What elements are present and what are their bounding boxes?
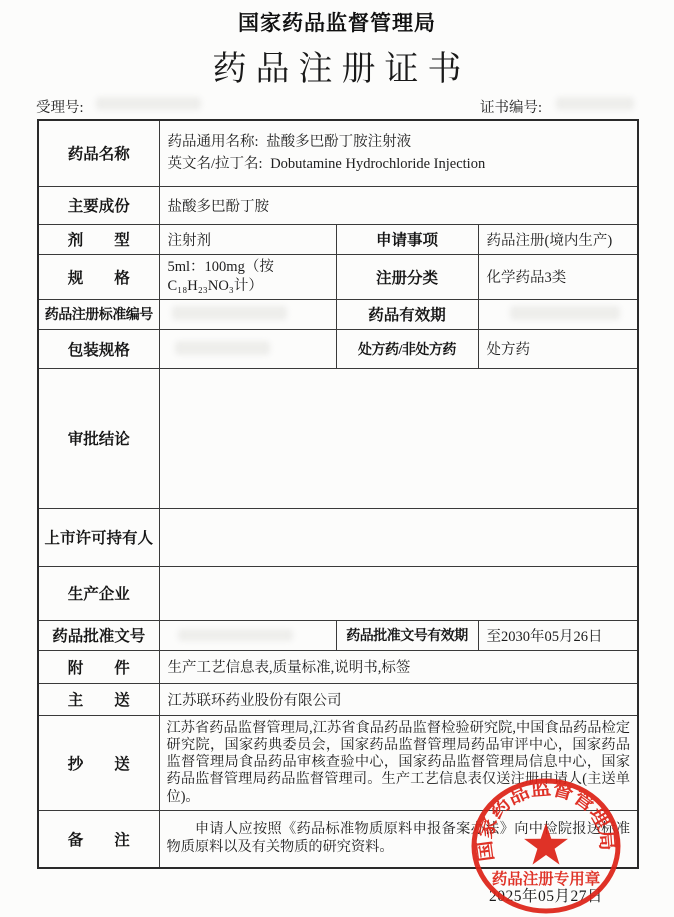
application-item-value: 药品注册(境内生产) (478, 224, 638, 254)
drug-name-label: 药品名称 (38, 120, 159, 186)
table-row: 药品名称 药品通用名称: 盐酸多巴酚丁胺注射液 英文名/拉丁名: Dobutam… (38, 120, 638, 186)
cc-label: 抄 送 (38, 715, 159, 811)
main-recipient-value: 江苏联环药业股份有限公司 (159, 683, 638, 715)
official-seal: 国家药品监督管理局 药品注册专用章 (469, 776, 623, 917)
table-row: 主要成份 盐酸多巴酚丁胺 (38, 186, 638, 224)
scan-smudge (96, 97, 201, 110)
attachments-label: 附 件 (38, 650, 159, 683)
english-name-label: 英文名/拉丁名: (168, 156, 263, 172)
registration-class-label: 注册分类 (336, 254, 478, 299)
table-row: 主 送 江苏联环药业股份有限公司 (38, 683, 638, 715)
english-name-value: Dobutamine Hydrochloride Injection (270, 156, 485, 172)
seal-title: 药品注册专用章 (492, 869, 601, 888)
approval-no-validity-label: 药品批准文号有效期 (336, 620, 478, 650)
table-row: 生产企业 (38, 566, 638, 620)
remarks-label: 备 注 (38, 811, 159, 868)
specification-value: 5ml：100mg（按C₁₈H₂₃NO₃计） (159, 254, 336, 299)
document-title: 药品注册证书 (0, 41, 674, 90)
table-row: 剂 型 注射剂 申请事项 药品注册(境内生产) (38, 224, 638, 254)
table-row: 药品批准文号 药品批准文号有效期 至2030年05月26日 (38, 620, 638, 650)
package-spec-label: 包装规格 (38, 329, 159, 368)
package-spec-value (159, 329, 336, 368)
manufacturer-label: 生产企业 (38, 566, 159, 620)
standard-no-label: 药品注册标准编号 (38, 299, 159, 329)
certificate-no-label: 证书编号: (480, 96, 542, 117)
main-recipient-label: 主 送 (38, 683, 159, 715)
main-ingredient-label: 主要成份 (38, 186, 159, 224)
table-row: 包装规格 处方药/非处方药 处方药 (38, 329, 638, 368)
table-row: 药品注册标准编号 药品有效期 (38, 299, 638, 329)
attachments-value: 生产工艺信息表,质量标准,说明书,标签 (159, 650, 638, 683)
otc-value: 处方药 (478, 329, 638, 368)
registration-class-value: 化学药品3类 (478, 254, 638, 299)
application-item-label: 申请事项 (336, 224, 478, 254)
certificate-table: 药品名称 药品通用名称: 盐酸多巴酚丁胺注射液 英文名/拉丁名: Dobutam… (37, 119, 639, 869)
approval-no-label: 药品批准文号 (38, 620, 159, 650)
license-holder-value (159, 508, 638, 566)
otc-label: 处方药/非处方药 (336, 329, 478, 368)
approval-no-validity-value: 至2030年05月26日 (478, 620, 638, 650)
seal-star-icon (524, 823, 568, 865)
agency-name: 国家药品监督管理局 (0, 7, 674, 37)
scan-smudge (556, 97, 634, 110)
drug-validity-value (478, 299, 638, 329)
certificate-page: 国家药品监督管理局 药品注册证书 受理号: 证书编号: 药品名称 药品通用名称:… (0, 0, 674, 917)
generic-name-value: 盐酸多巴酚丁胺注射液 (266, 134, 411, 150)
manufacturer-value (159, 566, 638, 620)
acceptance-no-label: 受理号: (36, 96, 84, 117)
license-holder-label: 上市许可持有人 (38, 508, 159, 566)
dosage-form-value: 注射剂 (159, 224, 336, 254)
table-row: 上市许可持有人 (38, 508, 638, 566)
generic-name-label: 药品通用名称: (168, 134, 259, 150)
drug-name-value: 药品通用名称: 盐酸多巴酚丁胺注射液 英文名/拉丁名: Dobutamine H… (159, 120, 638, 186)
specification-label: 规 格 (38, 254, 159, 299)
dosage-form-label: 剂 型 (38, 224, 159, 254)
table-row: 附 件 生产工艺信息表,质量标准,说明书,标签 (38, 650, 638, 683)
approval-no-value (159, 620, 336, 650)
table-row: 审批结论 (38, 368, 638, 508)
standard-no-value (159, 299, 336, 329)
approval-conclusion-label: 审批结论 (38, 368, 159, 508)
main-ingredient-value: 盐酸多巴酚丁胺 (159, 186, 638, 224)
drug-validity-label: 药品有效期 (336, 299, 478, 329)
approval-conclusion-value (159, 368, 638, 508)
table-row: 规 格 5ml：100mg（按C₁₈H₂₃NO₃计） 注册分类 化学药品3类 (38, 254, 638, 299)
